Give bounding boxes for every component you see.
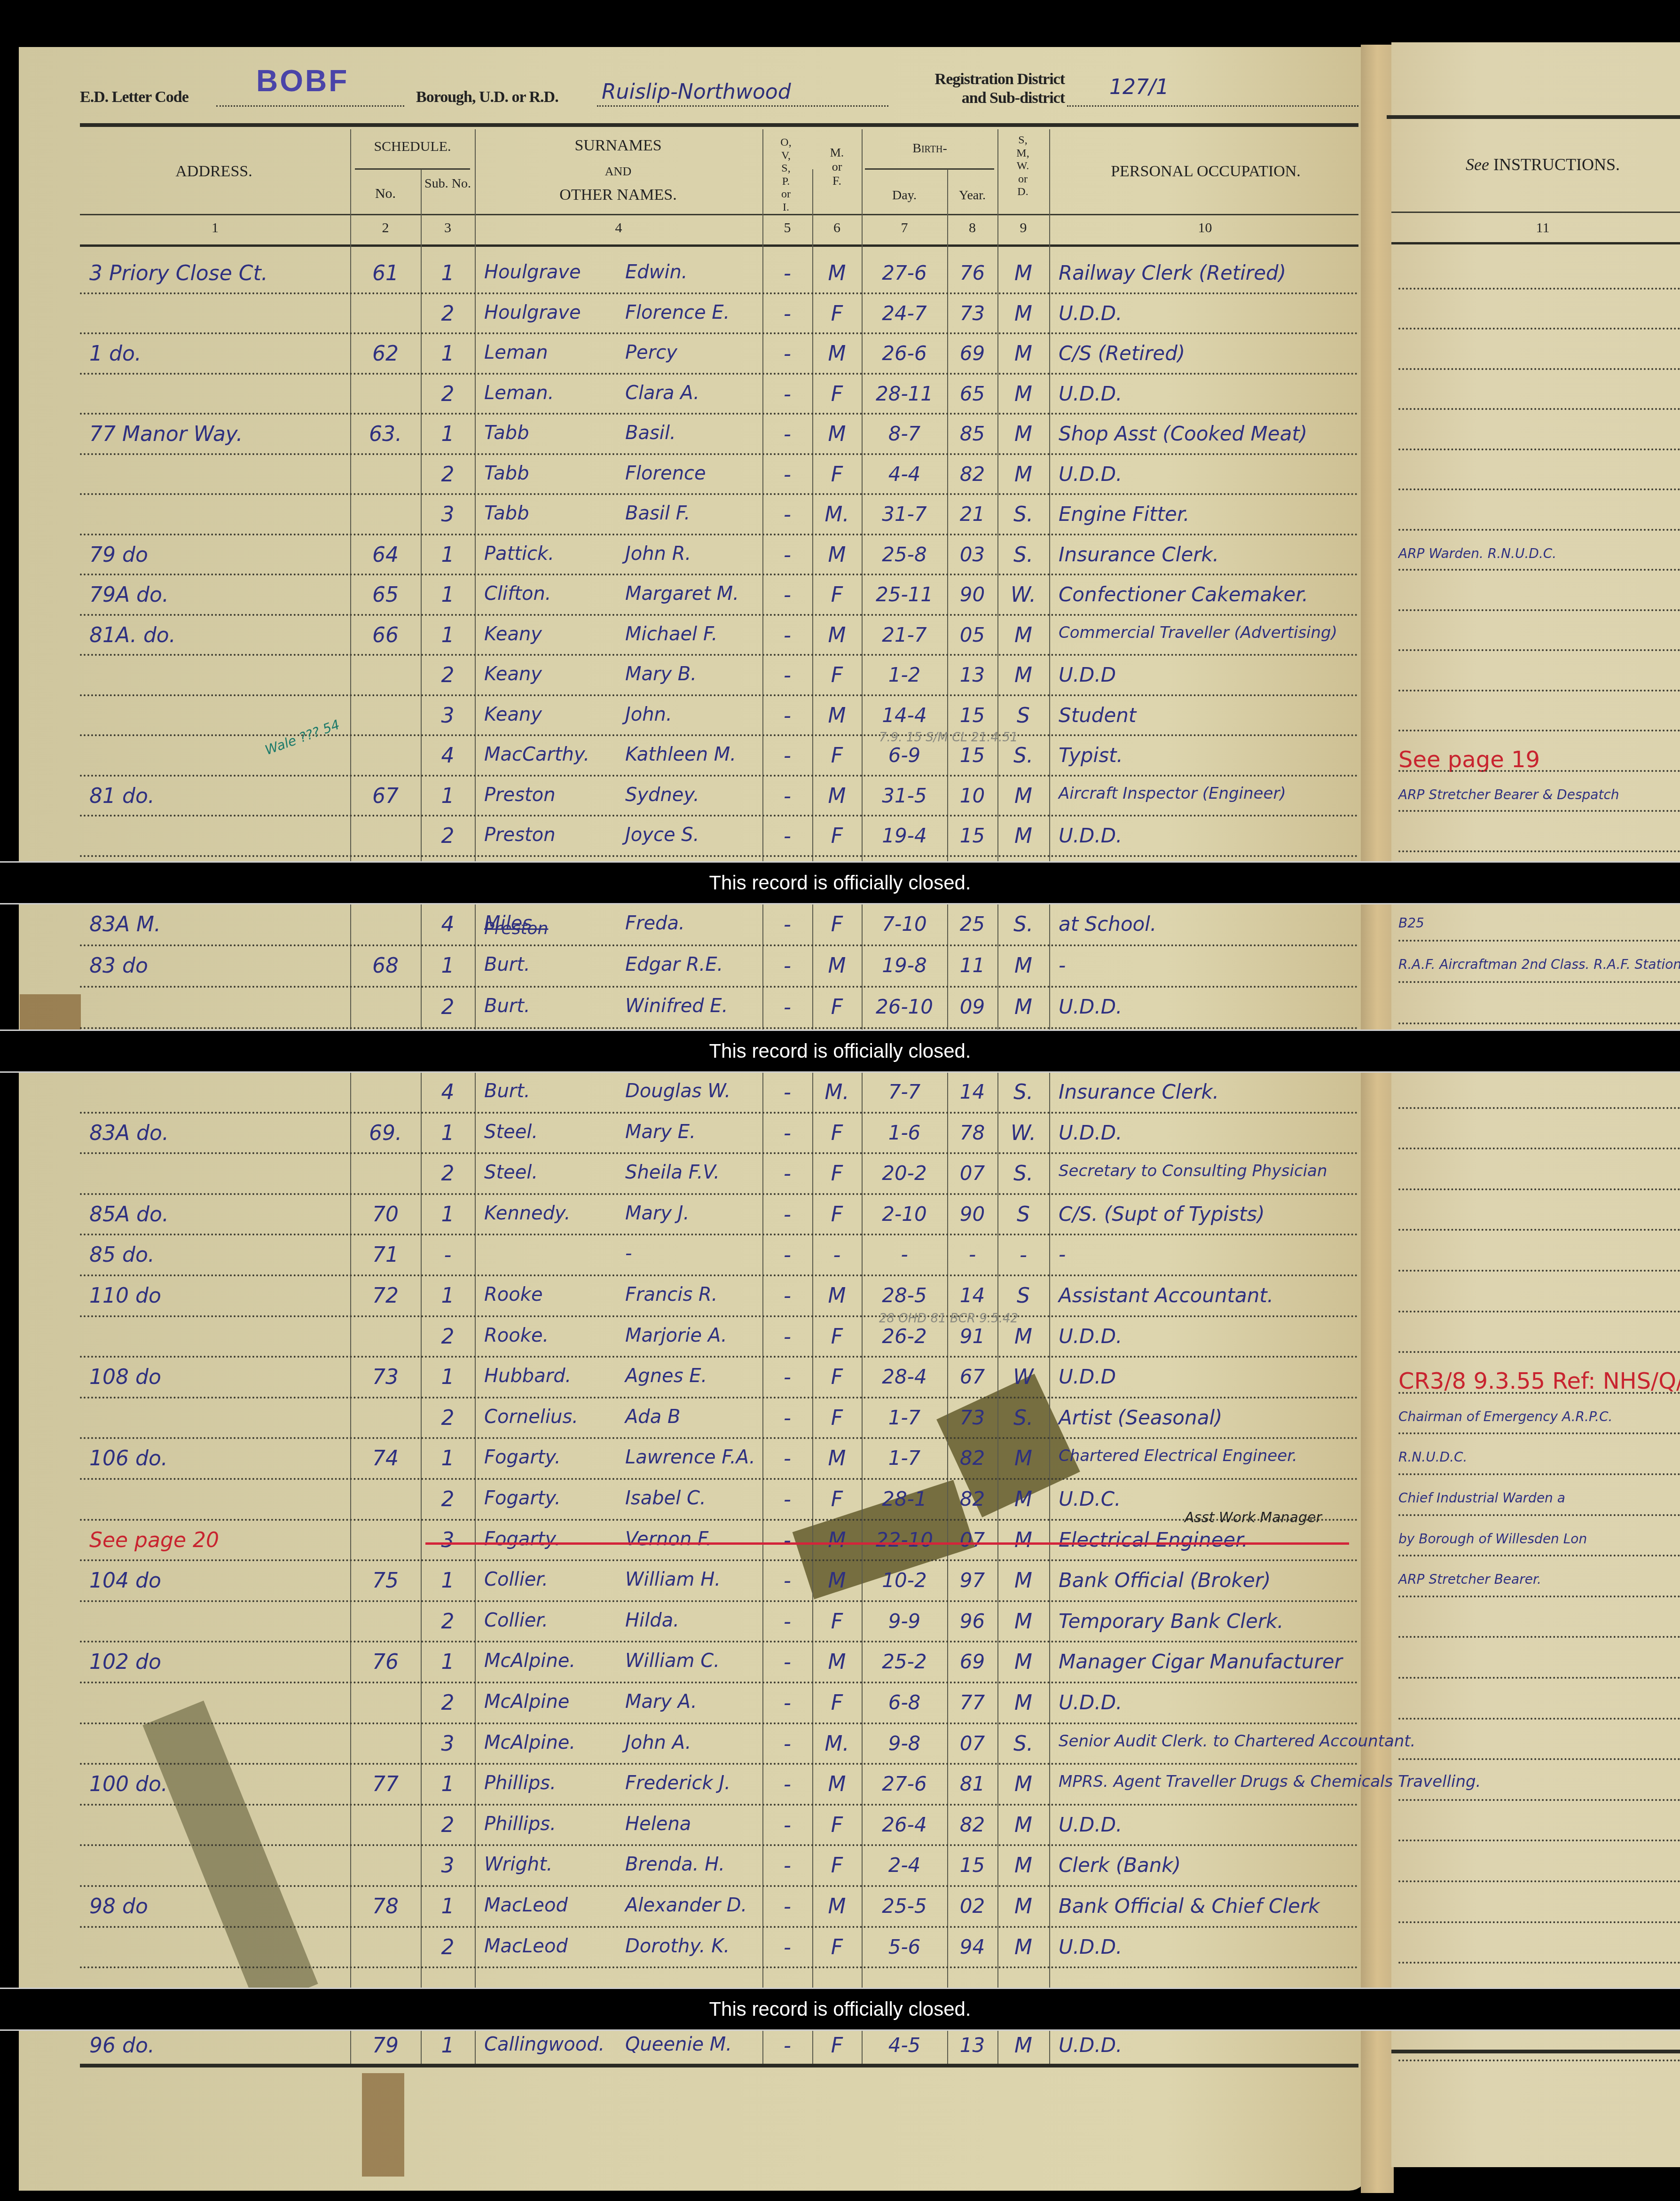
cell-occupation: U.D.D.: [1059, 824, 1359, 847]
cell-ovspi: -: [762, 1772, 812, 1796]
row-rule: [80, 534, 1358, 535]
cell-birth-year: 25: [947, 912, 997, 935]
cell-sub-no: 2: [421, 1935, 475, 1959]
cell-occupation: Confectioner Cakemaker.: [1059, 583, 1359, 606]
cell-ovspi: -: [762, 2034, 812, 2058]
cell-sub-no: 2: [421, 1325, 475, 1349]
cell-sub-no: 4: [421, 1080, 475, 1104]
cell-occupation: Shop Asst (Cooked Meat): [1059, 422, 1359, 445]
cell-occupation: Temporary Bank Clerk.: [1059, 1610, 1359, 1633]
cell-other-names: Clara A.: [625, 382, 757, 404]
cell-ovspi: -: [762, 422, 812, 446]
cell-other-names: William H.: [625, 1569, 757, 1590]
cell-birth-year: 07: [947, 1162, 997, 1185]
col-header-birth-year: Year.: [947, 188, 997, 203]
column-divider: [475, 129, 476, 861]
cell-address: 110 do: [89, 1284, 343, 1308]
struck-surname: Preston: [484, 919, 548, 938]
row-rule-right: [1398, 1229, 1680, 1231]
cell-occupation: U.D.D.: [1059, 1691, 1359, 1714]
cell-other-names: Douglas W.: [625, 1080, 757, 1102]
row-rule: [80, 1722, 1358, 1724]
row-rule-right: [1398, 1799, 1680, 1801]
cell-sub-no: 2: [421, 463, 475, 487]
cell-remarks: R.N.U.D.C.: [1398, 1449, 1468, 1465]
cell-ovspi: -: [762, 1935, 812, 1959]
row-rule: [80, 493, 1358, 495]
cell-sex: F: [812, 1813, 862, 1837]
cell-sub-no: 3: [421, 503, 475, 527]
cell-surname: Hubbard.: [484, 1365, 639, 1387]
cell-sub-no: 1: [421, 1284, 475, 1308]
cell-occupation: U.D.D.: [1059, 2034, 1359, 2057]
cell-other-names: Helena: [625, 1813, 757, 1835]
cell-sub-no: 2: [421, 1406, 475, 1430]
cell-marital-status: M: [997, 2034, 1049, 2058]
cell-surname: Leman: [484, 342, 639, 363]
cell-marital-status: S.: [997, 1406, 1049, 1430]
cell-sub-no: 1: [421, 1772, 475, 1796]
cell-marital-status: M: [997, 623, 1049, 647]
cell-marital-status: M: [997, 302, 1049, 326]
row-rule-right: [1398, 1596, 1680, 1597]
cell-sex: M: [812, 1569, 862, 1593]
cell-birth-year: 09: [947, 995, 997, 1018]
cell-ovspi: -: [762, 1569, 812, 1593]
col-number-bottom-rule: [80, 244, 1358, 247]
cell-surname: Fogarty.: [484, 1487, 639, 1509]
row-rule: [80, 614, 1358, 616]
cell-birth-day: 10-2: [862, 1569, 947, 1592]
row-rule-right: [1398, 730, 1680, 731]
cell-address: 96 do.: [89, 2034, 343, 2058]
cell-ovspi: -: [762, 1325, 812, 1349]
cell-occupation: -: [1059, 954, 1359, 977]
cell-ovspi: -: [762, 302, 812, 326]
cell-occupation: U.D.D.: [1059, 382, 1359, 405]
cell-remarks: ARP Stretcher Bearer.: [1398, 1572, 1541, 1587]
cell-sub-no: 4: [421, 912, 475, 936]
cell-birth-day: 27-6: [862, 261, 947, 284]
cell-sex: F: [812, 1854, 862, 1878]
cell-surname: Kennedy.: [484, 1203, 639, 1224]
row-rule-right: [1398, 1148, 1680, 1149]
cell-birth-year: 10: [947, 784, 997, 807]
cell-birth-day: 5-6: [862, 1935, 947, 1958]
cell-sex: M: [812, 1446, 862, 1470]
birth-divider: [865, 168, 994, 170]
cell-marital-status: S: [997, 1284, 1049, 1308]
occupation-note: Asst Work Manager: [1185, 1509, 1322, 1526]
row-rule-right: [1398, 529, 1680, 531]
cell-surname: Clifton.: [484, 583, 639, 605]
cell-occupation: Commercial Traveller (Advertising): [1059, 623, 1359, 642]
cell-ovspi: -: [762, 543, 812, 567]
cell-birth-year: 69: [947, 1650, 997, 1673]
cell-sub-no: 1: [421, 954, 475, 978]
row-rule: [80, 574, 1358, 575]
col-header-address: ADDRESS.: [80, 162, 348, 181]
cell-sub-no: 2: [421, 1691, 475, 1715]
row-rule: [80, 986, 1358, 988]
cell-birth-year: 85: [947, 422, 997, 445]
cell-address: 81 do.: [89, 784, 343, 808]
see-label: See: [1466, 155, 1489, 174]
cell-birth-day: 25-8: [862, 543, 947, 566]
column-divider: [475, 1071, 476, 1988]
cell-occupation: Aircraft Inspector (Engineer): [1059, 784, 1359, 803]
cell-occupation: Engine Fitter.: [1059, 503, 1359, 526]
row-rule: [80, 413, 1358, 415]
column-number: 7: [862, 220, 947, 236]
cell-sex: F: [812, 382, 862, 406]
row-rule: [80, 1804, 1358, 1806]
cell-schedule-no: 64: [350, 543, 421, 567]
stain-left-edge: [20, 994, 81, 1030]
cell-birth-day: 25-2: [862, 1650, 947, 1673]
cell-other-names: John R.: [625, 543, 757, 565]
col-header-sch-no: No.: [350, 186, 421, 202]
cell-birth-year: 73: [947, 1406, 997, 1429]
row-rule-right: [1398, 1677, 1680, 1679]
cell-birth-day: 14-4: [862, 704, 947, 727]
row-rule: [80, 1641, 1358, 1643]
row-rule: [80, 1926, 1358, 1928]
cell-birth-year: 78: [947, 1121, 997, 1144]
column-number: 11: [1405, 220, 1680, 236]
cell-address: 1 do.: [89, 342, 343, 366]
cell-birth-day: 25-5: [862, 1894, 947, 1918]
column-divider: [475, 902, 476, 1030]
cell-other-names: Margaret M.: [625, 583, 757, 605]
cell-occupation: Artist (Seasonal): [1059, 1406, 1359, 1429]
cell-surname: Pattick.: [484, 543, 639, 565]
row-rule: [80, 1315, 1358, 1317]
cell-ovspi: -: [762, 663, 812, 687]
cell-sub-no: 1: [421, 543, 475, 567]
cell-birth-year: 15: [947, 1854, 997, 1877]
row-rule: [80, 734, 1358, 736]
cell-sex: M: [812, 623, 862, 647]
row-rule-right: [1398, 1188, 1680, 1190]
instructions-label: INSTRUCTIONS.: [1493, 155, 1620, 174]
cell-birth-year: 07: [947, 1528, 997, 1551]
cell-occupation: Senior Audit Clerk. to Chartered Account…: [1059, 1732, 1359, 1751]
row-rule: [80, 855, 1358, 857]
cell-ovspi: -: [762, 1813, 812, 1837]
col-header-schedule: SCHEDULE.: [350, 139, 475, 155]
col-header-sch-sub: Sub. No.: [421, 176, 475, 191]
cell-surname: Burt.: [484, 954, 639, 975]
col-header-birth: Birth-: [862, 141, 998, 156]
column-number: 8: [947, 220, 997, 236]
cell-other-names: William C.: [625, 1650, 757, 1672]
cell-sex: F: [812, 1121, 862, 1145]
row-rule: [80, 654, 1358, 656]
cell-marital-status: S: [997, 704, 1049, 728]
cell-sub-no: 1: [421, 1203, 475, 1226]
cell-birth-year: 65: [947, 382, 997, 405]
cell-schedule-no: 77: [350, 1772, 421, 1796]
cell-ovspi: -: [762, 1284, 812, 1308]
cell-sex: M.: [812, 1080, 862, 1104]
cell-birth-year: 14: [947, 1080, 997, 1103]
cell-surname: Rooke: [484, 1284, 639, 1305]
header-rule-right: [1387, 115, 1680, 119]
cell-schedule-no: 79: [350, 2034, 421, 2058]
row-rule: [80, 694, 1358, 696]
row-rule-right: [1398, 770, 1680, 772]
cell-occupation: Bank Official (Broker): [1059, 1569, 1359, 1592]
cell-sex: F: [812, 1487, 862, 1511]
cell-marital-status: M: [997, 1691, 1049, 1715]
cell-surname: Wright.: [484, 1854, 639, 1875]
cell-remarks: Chief Industrial Warden a: [1398, 1490, 1565, 1506]
cell-birth-year: 81: [947, 1772, 997, 1795]
cell-other-names: Percy: [625, 342, 757, 363]
cell-birth-year: 11: [947, 954, 997, 977]
closed-record-banner: This record is officially closed.: [0, 1030, 1680, 1073]
cell-ovspi: -: [762, 784, 812, 808]
cell-schedule-no: 73: [350, 1365, 421, 1389]
cell-marital-status: S.: [997, 543, 1049, 567]
col-number-top-rule-right: [1391, 212, 1680, 213]
cell-birth-day: 26-10: [862, 995, 947, 1018]
reg-district-label-1: Registration District: [895, 71, 1065, 88]
cell-sex: -: [812, 1243, 862, 1267]
col-header-instructions: See INSTRUCTIONS.: [1405, 155, 1680, 174]
cell-address: 85A do.: [89, 1203, 343, 1226]
cell-marital-status: M: [997, 1528, 1049, 1552]
cell-birth-year: 91: [947, 1325, 997, 1348]
cell-other-names: Brenda. H.: [625, 1854, 757, 1875]
row-rule: [80, 332, 1358, 334]
cell-ovspi: -: [762, 1406, 812, 1430]
cell-surname: Callingwood.: [484, 2034, 639, 2055]
cell-other-names: Edwin.: [625, 261, 757, 283]
faint-annotation: 7.9. 15 S/M CL 21.4.51: [879, 731, 1018, 745]
cell-marital-status: M: [997, 784, 1049, 808]
cell-sub-no: 1: [421, 1365, 475, 1389]
cell-sex: F: [812, 302, 862, 326]
cell-sex: F: [812, 1325, 862, 1349]
col-number-bottom-rule-right: [1391, 242, 1680, 244]
cell-other-names: Lawrence F.A.: [625, 1446, 757, 1468]
cell-sex: M: [812, 1772, 862, 1796]
cell-birth-year: 13: [947, 2034, 997, 2057]
row-rule: [80, 1763, 1358, 1765]
cell-birth-year: 96: [947, 1610, 997, 1633]
cell-birth-year: 15: [947, 704, 997, 727]
cell-marital-status: M: [997, 463, 1049, 487]
reg-district-dotted-line: [1067, 105, 1358, 107]
row-rule: [80, 373, 1358, 375]
row-rule: [80, 1193, 1358, 1195]
cell-birth-year: 73: [947, 302, 997, 325]
cell-sub-no: 1: [421, 422, 475, 446]
cell-sub-no: 3: [421, 704, 475, 728]
cell-surname: Keany: [484, 663, 639, 685]
cell-sub-no: 2: [421, 1610, 475, 1634]
cell-surname: Collier.: [484, 1569, 639, 1590]
cell-ovspi: -: [762, 1610, 812, 1634]
cell-occupation: Secretary to Consulting Physician: [1059, 1162, 1359, 1180]
row-rule: [80, 1885, 1358, 1887]
cell-birth-day: 26-2: [862, 1325, 947, 1348]
footer-rule-right: [1391, 2050, 1680, 2053]
row-rule-right: [1398, 1555, 1680, 1556]
cell-surname: Burt.: [484, 1080, 639, 1102]
cell-occupation: U.D.D.: [1059, 463, 1359, 486]
cell-sub-no: 1: [421, 1121, 475, 1145]
cell-marital-status: M: [997, 382, 1049, 406]
col-header-sex: M. or F.: [812, 146, 862, 188]
cell-sex: M: [812, 1528, 862, 1552]
cell-marital-status: M: [997, 422, 1049, 446]
cell-sex: F: [812, 583, 862, 607]
row-rule-right: [1398, 810, 1680, 812]
cell-address: 83 do: [89, 954, 343, 978]
column-divider: [350, 129, 351, 861]
cell-address: 108 do: [89, 1365, 343, 1389]
cell-other-names: Florence E.: [625, 302, 757, 323]
cell-marital-status: S.: [997, 1080, 1049, 1104]
faint-annotation: 28 OHD 81 BCR 9.5.42: [879, 1312, 1018, 1326]
cell-sub-no: 2: [421, 824, 475, 848]
cell-marital-status: M: [997, 1610, 1049, 1634]
row-rule-right: [1398, 1636, 1680, 1638]
closed-record-banner: This record is officially closed.: [0, 1988, 1680, 2031]
cell-ovspi: -: [762, 1121, 812, 1145]
cell-birth-day: 19-4: [862, 824, 947, 847]
cell-other-names: Basil F.: [625, 503, 757, 524]
cell-marital-status: S.: [997, 912, 1049, 936]
cell-remarks: by Borough of Willesden Lon: [1398, 1531, 1587, 1547]
cell-occupation: Railway Clerk (Retired): [1059, 261, 1359, 284]
row-rule-right: [1398, 328, 1680, 330]
cell-birth-year: 14: [947, 1284, 997, 1307]
cell-sex: F: [812, 744, 862, 768]
cell-sub-no: 3: [421, 1854, 475, 1878]
cell-other-names: Alexander D.: [625, 1894, 757, 1916]
cell-birth-day: 19-8: [862, 954, 947, 977]
column-number: 6: [812, 220, 862, 236]
cell-sub-no: 2: [421, 995, 475, 1019]
closed-record-text: This record is officially closed.: [0, 1031, 1680, 1071]
cell-occupation: Manager Cigar Manufacturer: [1059, 1650, 1359, 1673]
cell-birth-year: 82: [947, 1487, 997, 1510]
cell-sex: M.: [812, 1732, 862, 1756]
row-rule-right: [1398, 1432, 1680, 1434]
cell-birth-year: 82: [947, 1813, 997, 1836]
col-header-surnames-2: AND: [475, 165, 761, 179]
cell-sex: F: [812, 663, 862, 687]
column-divider: [1049, 1071, 1050, 1988]
cell-birth-year: 21: [947, 503, 997, 526]
cell-other-names: John.: [625, 704, 757, 725]
cell-surname: McAlpine.: [484, 1650, 639, 1672]
cell-birth-year: 77: [947, 1691, 997, 1714]
cell-ovspi: -: [762, 1528, 812, 1552]
cell-surname: McAlpine.: [484, 1732, 639, 1753]
cell-marital-status: S.: [997, 744, 1049, 768]
cell-sex: M: [812, 261, 862, 285]
cell-ovspi: -: [762, 1487, 812, 1511]
cell-ovspi: -: [762, 1203, 812, 1226]
col-number-top-rule: [80, 214, 1358, 215]
col-header-surnames-3: OTHER NAMES.: [475, 186, 761, 204]
cell-other-names: Mary J.: [625, 1203, 757, 1224]
column-number: 9: [997, 220, 1049, 236]
cell-birth-day: 26-4: [862, 1813, 947, 1836]
cell-other-names: Kathleen M.: [625, 744, 757, 765]
cell-address: 77 Manor Way.: [89, 422, 343, 446]
cell-marital-status: M: [997, 1854, 1049, 1878]
cell-birth-day: 28-11: [862, 382, 947, 405]
cell-birth-day: 1-7: [862, 1446, 947, 1470]
row-rule-right: [1398, 288, 1680, 290]
borough-dotted-line: [597, 105, 888, 107]
cell-surname: Fogarty.: [484, 1528, 639, 1550]
row-rule-right: [1398, 1270, 1680, 1272]
cell-occupation: Assistant Accountant.: [1059, 1284, 1359, 1307]
cell-surname: Collier.: [484, 1610, 639, 1631]
col-header-surnames-1: SURNAMES: [475, 136, 761, 155]
cell-occupation: U.D.D.: [1059, 1813, 1359, 1836]
cell-other-names: Frederick J.: [625, 1772, 757, 1794]
cell-other-names: Basil.: [625, 422, 757, 444]
cell-surname: Rooke.: [484, 1325, 639, 1346]
cell-birth-day: 7-10: [862, 912, 947, 935]
cell-marital-status: M: [997, 1772, 1049, 1796]
cell-sex: M: [812, 784, 862, 808]
cell-marital-status: M: [997, 954, 1049, 978]
ed-letter-code-label: E.D. Letter Code: [80, 88, 188, 106]
row-rule-right: [1398, 569, 1680, 571]
cell-marital-status: M: [997, 663, 1049, 687]
row-rule-right: [1398, 1718, 1680, 1720]
cell-other-names: Sydney.: [625, 784, 757, 806]
row-rule-right: [1398, 1962, 1680, 1964]
cell-birth-day: 31-5: [862, 784, 947, 807]
cell-schedule-no: 61: [350, 261, 421, 285]
cell-ovspi: -: [762, 503, 812, 527]
row-rule-right: [1398, 1839, 1680, 1841]
cell-sex: F: [812, 1406, 862, 1430]
column-number: 3: [421, 220, 475, 236]
cell-schedule-no: 76: [350, 1650, 421, 1674]
cell-occupation: U.D.D.: [1059, 302, 1359, 325]
cell-other-names: Sheila F.V.: [625, 1162, 757, 1183]
cell-schedule-no: 62: [350, 342, 421, 366]
cell-address: 81A. do.: [89, 623, 343, 647]
cell-surname: MacLeod: [484, 1935, 639, 1957]
row-rule-right: [1398, 2060, 1680, 2061]
cell-birth-day: 2-4: [862, 1854, 947, 1877]
cell-remarks: See page 19: [1398, 747, 1540, 773]
cell-marital-status: M: [997, 1446, 1049, 1470]
cell-marital-status: S: [997, 1203, 1049, 1226]
cell-other-names: Florence: [625, 463, 757, 484]
stain-bottom: [362, 2073, 404, 2177]
row-rule: [80, 1112, 1358, 1114]
book-spine: [1361, 45, 1394, 2193]
cell-remarks: R.A.F. Aircraftman 2nd Class. R.A.F. Sta…: [1398, 957, 1680, 972]
cell-remarks: B25: [1398, 915, 1424, 931]
cell-sex: M: [812, 704, 862, 728]
row-rule: [80, 1559, 1358, 1561]
cell-birth-day: 25-11: [862, 583, 947, 606]
